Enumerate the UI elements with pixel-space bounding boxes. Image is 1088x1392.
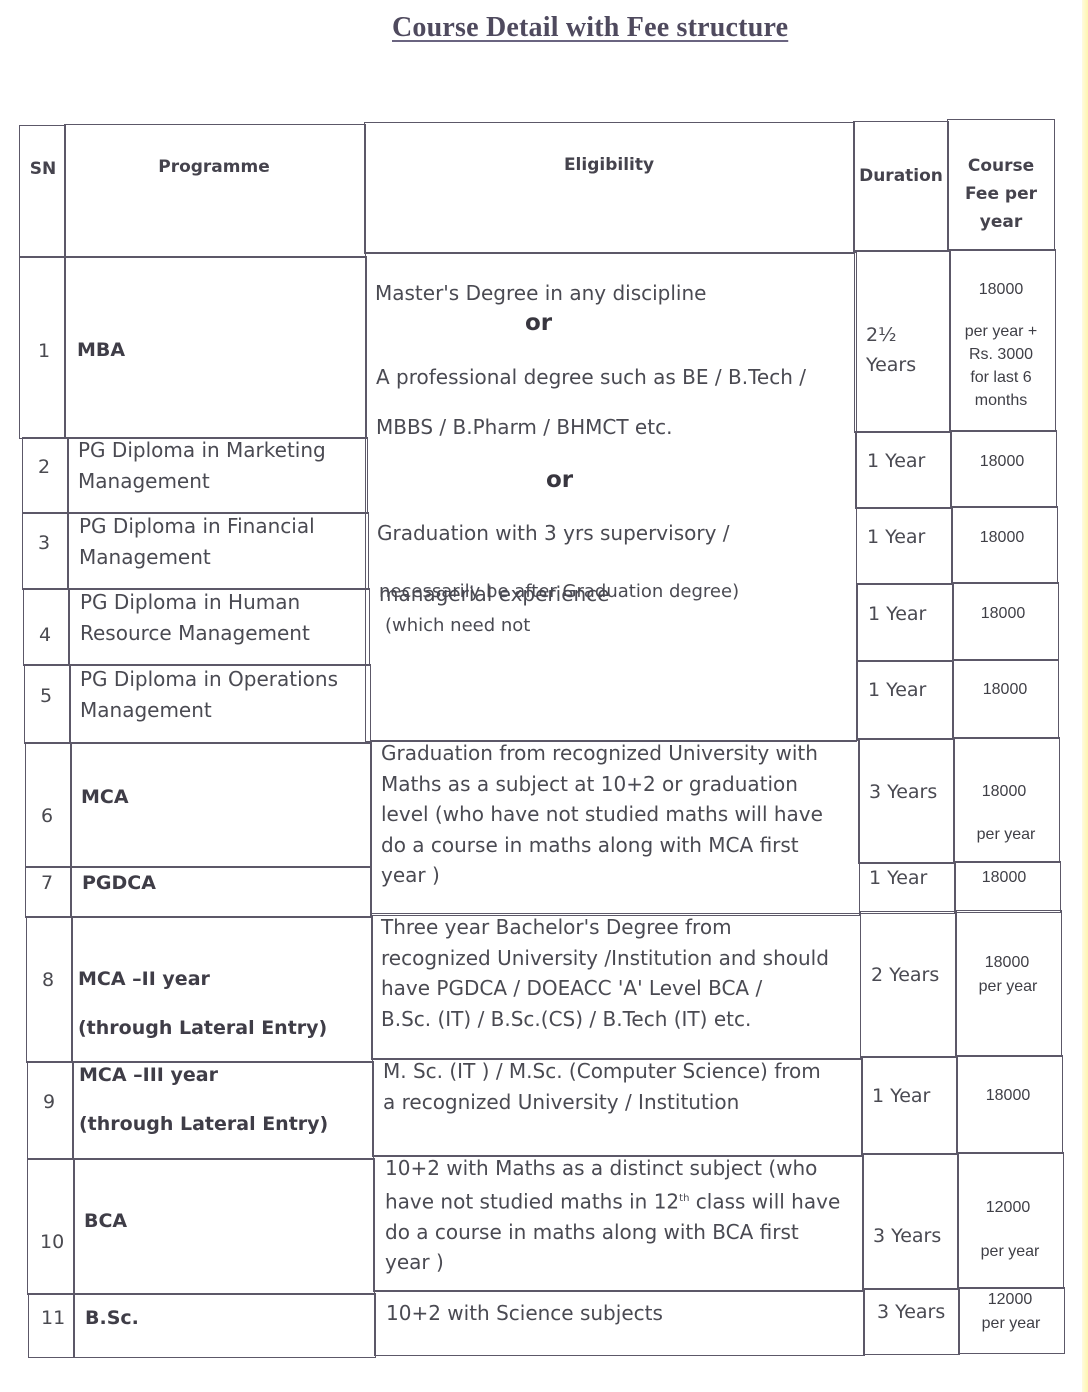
- header-eligibility: Eligibility: [366, 155, 852, 175]
- row-1-sn: 1: [38, 340, 50, 362]
- row-10-fee-note: per year: [960, 1240, 1060, 1263]
- row-3-fee-amount: 18000: [952, 526, 1052, 549]
- row-5-programme: PG Diploma in Operations Management: [80, 664, 338, 726]
- header-sn-cell: [19, 125, 66, 258]
- eligibility-management-or-2: or: [546, 467, 573, 493]
- row-11-fee-amount: 12000: [960, 1288, 1060, 1311]
- row-1-duration: 2½ Years: [866, 320, 916, 380]
- row-8-fee-note: per year: [958, 975, 1058, 998]
- row-5-fee-amount: 18000: [955, 678, 1055, 701]
- row-10-duration-cell: [862, 1153, 959, 1290]
- row-5-duration: 1 Year: [868, 679, 926, 701]
- row-3-sn: 3: [38, 532, 50, 554]
- row-10-sn: 10: [40, 1231, 64, 1253]
- eligibility-management-or-1: or: [525, 310, 552, 336]
- row-8-fee-amount: 18000: [957, 951, 1057, 974]
- row-11-sn: 11: [41, 1307, 65, 1329]
- eligibility-mca-2: Three year Bachelor's Degree from recogn…: [381, 912, 829, 1034]
- eligibility-management-line-6: necessarily be after Graduation degree): [379, 577, 739, 608]
- row-9-fee-amount: 18000: [958, 1084, 1058, 1107]
- row-10-programme: BCA: [84, 1210, 127, 1232]
- eligibility-management-line-3: MBBS / B.Pharm / BHMCT etc.: [376, 412, 672, 443]
- eligibility-management-line-5-note: (which need not: [385, 615, 530, 636]
- row-4-fee-amount: 18000: [953, 602, 1053, 625]
- row-2-programme: PG Diploma in Marketing Management: [78, 435, 326, 497]
- row-9-programme-sub: (through Lateral Entry): [79, 1113, 328, 1135]
- header-fee: Course Fee per year: [949, 152, 1053, 236]
- header-programme-cell: [64, 124, 366, 258]
- row-3-programme: PG Diploma in Financial Management: [79, 511, 315, 573]
- eligibility-bca-sup: th: [679, 1193, 689, 1204]
- row-1-fee-amount: 18000: [951, 278, 1051, 301]
- row-2-fee-amount: 18000: [952, 450, 1052, 473]
- row-8-sn: 8: [42, 969, 54, 991]
- page-title: Course Detail with Fee structure: [392, 12, 822, 44]
- eligibility-management-line-2: A professional degree such as BE / B.Tec…: [376, 362, 806, 393]
- eligibility-management-line-4: Graduation with 3 yrs supervisory /: [377, 518, 730, 549]
- row-10-duration: 3 Years: [873, 1225, 941, 1247]
- row-3-duration: 1 Year: [867, 526, 925, 548]
- header-programme: Programme: [66, 157, 362, 177]
- eligibility-mca-pgdca: Graduation from recognized University wi…: [381, 738, 823, 891]
- row-4-sn: 4: [39, 624, 51, 646]
- row-7-duration: 1 Year: [869, 867, 927, 889]
- eligibility-bca: 10+2 with Maths as a distinct subject (w…: [385, 1153, 840, 1278]
- eligibility-mca-3: M. Sc. (IT ) / M.Sc. (Computer Science) …: [383, 1056, 821, 1117]
- row-7-sn: 7: [41, 872, 53, 894]
- row-2-duration: 1 Year: [867, 450, 925, 472]
- row-1-programme: MBA: [77, 339, 125, 361]
- header-eligibility-cell: [364, 122, 855, 254]
- header-duration-cell: [853, 121, 949, 252]
- row-10-sn-cell: [27, 1158, 75, 1295]
- row-7-programme: PGDCA: [82, 872, 156, 894]
- row-9-duration: 1 Year: [872, 1085, 930, 1107]
- row-5-sn: 5: [40, 685, 52, 707]
- row-9-sn: 9: [43, 1091, 55, 1113]
- row-10-fee-amount: 12000: [958, 1196, 1058, 1219]
- row-6-programme: MCA: [81, 786, 129, 808]
- row-8-programme: MCA –II year: [78, 968, 210, 990]
- row-11-duration: 3 Years: [877, 1301, 945, 1323]
- row-6-duration: 3 Years: [869, 781, 937, 803]
- row-8-programme-sub: (through Lateral Entry): [78, 1017, 327, 1039]
- row-7-fee-amount: 18000: [954, 866, 1054, 889]
- row-4-duration: 1 Year: [868, 603, 926, 625]
- eligibility-management-cell: [365, 252, 857, 742]
- row-1-fee-note: per year + Rs. 3000 for last 6 months: [951, 320, 1051, 412]
- page-edge: [1082, 0, 1088, 1392]
- row-2-sn: 2: [38, 456, 50, 478]
- row-6-fee-amount: 18000: [954, 780, 1054, 803]
- header-duration: Duration: [855, 166, 947, 186]
- eligibility-management-line-1: Master's Degree in any discipline: [375, 278, 706, 309]
- header-sn: SN: [22, 159, 64, 179]
- row-6-sn: 6: [41, 805, 53, 827]
- row-6-fee-note: per year: [956, 823, 1056, 846]
- row-4-programme: PG Diploma in Human Resource Management: [80, 587, 310, 649]
- eligibility-bsc: 10+2 with Science subjects: [386, 1298, 663, 1329]
- row-8-duration: 2 Years: [871, 964, 939, 986]
- row-10-fee-cell: [957, 1152, 1064, 1289]
- row-11-programme: B.Sc.: [85, 1307, 139, 1329]
- row-11-fee-note: per year: [961, 1312, 1061, 1335]
- row-9-programme: MCA –III year: [79, 1064, 218, 1086]
